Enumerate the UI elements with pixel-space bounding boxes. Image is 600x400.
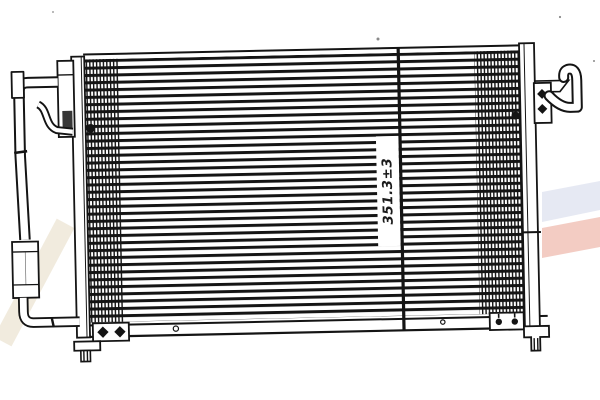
core-tube-lines (83, 50, 524, 322)
watermark-logo-right (542, 181, 600, 258)
bottom-left-foot (74, 341, 100, 362)
pipe-elbow-collar (11, 72, 24, 98)
bottom-right-foot (524, 326, 550, 351)
watermark-blue-band (542, 181, 600, 222)
dimension-label: 351.3±3 (379, 158, 396, 225)
watermark-red-band (542, 217, 600, 258)
inlet-pipe (11, 71, 61, 240)
drain-hole-mark-left (173, 326, 178, 331)
core-bottom-rail-lower (89, 327, 549, 337)
bottom-right-bracket (490, 312, 524, 330)
drawing-canvas: 351.3±3 (0, 0, 600, 400)
drain-hole-mark-right (441, 320, 445, 324)
right-fin-band (474, 50, 524, 314)
bottom-left-bracket (93, 323, 129, 342)
receiver-drier (12, 241, 39, 298)
condenser-drawing: 351.3±3 (0, 0, 600, 400)
pipe-union-mark (14, 151, 27, 153)
condenser-assembly: 351.3±3 (8, 42, 582, 363)
